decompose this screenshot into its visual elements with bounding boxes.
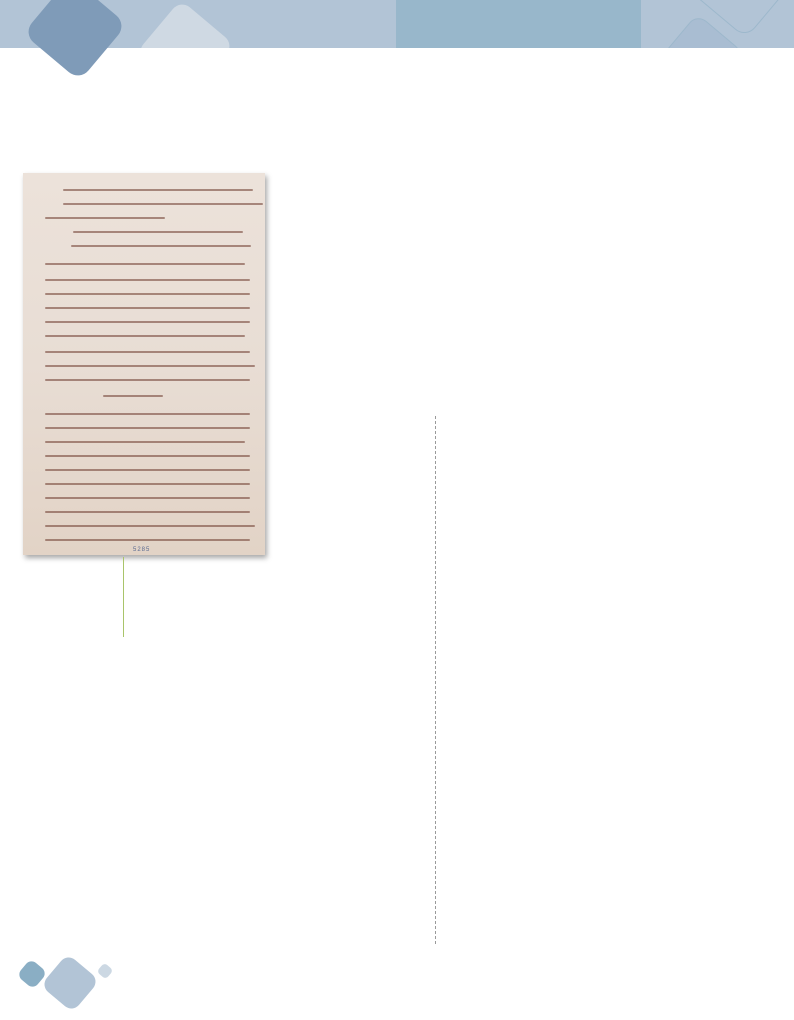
column-divider: [435, 416, 436, 944]
footer-tiny-diamond: [97, 963, 114, 980]
header-pill-shape: [396, 0, 641, 48]
footer-large-diamond: [40, 953, 99, 1012]
header-light-shape: [136, 0, 235, 48]
archive-label: 5285: [133, 547, 150, 553]
caption-leader-line: [123, 557, 124, 637]
manuscript-image: 5285: [23, 173, 265, 555]
footer-small-diamond: [17, 959, 48, 990]
